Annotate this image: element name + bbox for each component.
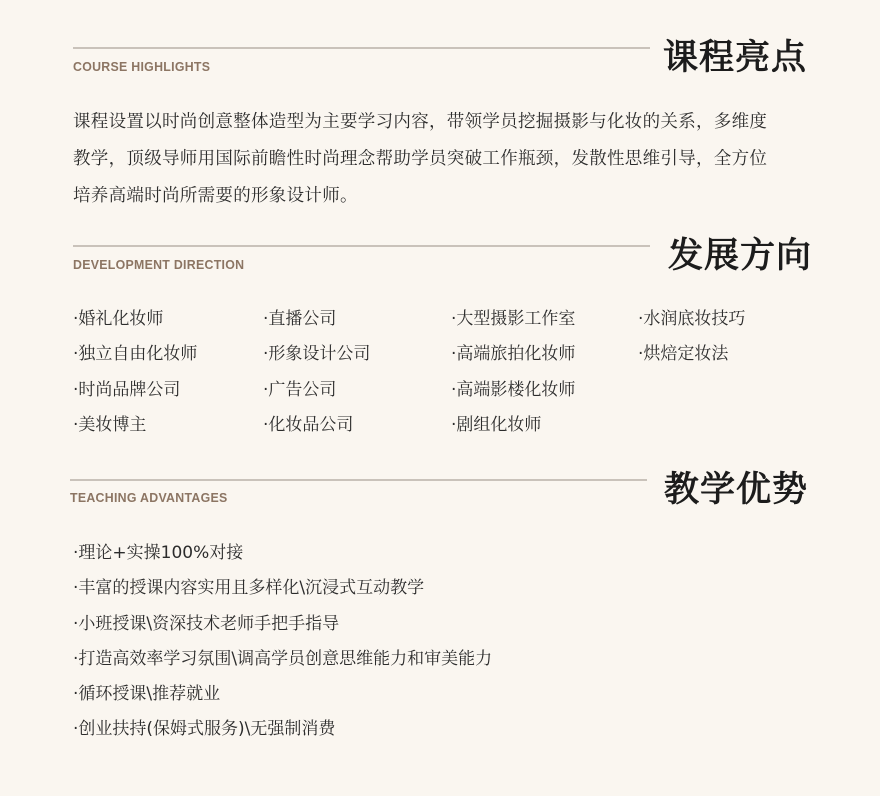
description-line: 课程设置以时尚创意整体造型为主要学习内容，带领学员挖掘摄影与化妆的关系，多维度 [73,104,813,141]
section-divider [73,245,650,247]
list-item: ·直播公司 [263,302,370,337]
section-title: 教学优势 [664,462,808,512]
list-item: ·创业扶持(保姆式服务)\无强制消费 [73,712,492,747]
list-item: ·独立自由化妆师 [73,337,197,372]
list-item: ·理论+实操100%对接 [73,536,492,571]
list-item: ·高端影楼化妆师 [451,373,575,408]
list-item: ·形象设计公司 [263,337,370,372]
section-divider [70,479,647,481]
direction-column: ·大型摄影工作室 ·高端旅拍化妆师 ·高端影楼化妆师 ·剧组化妆师 [451,302,575,443]
direction-column: ·水润底妆技巧 ·烘焙定妆法 [638,302,745,373]
list-item: ·剧组化妆师 [451,408,575,443]
direction-grid: ·婚礼化妆师 ·独立自由化妆师 ·时尚品牌公司 ·美妆博主 ·直播公司 ·形象设… [73,302,833,452]
advantages-list: ·理论+实操100%对接 ·丰富的授课内容实用且多样化\沉浸式互动教学 ·小班授… [73,536,492,748]
section-subtitle-en: DEVELOPMENT DIRECTION [73,257,244,272]
section-title: 发展方向 [668,228,812,278]
list-item: ·高端旅拍化妆师 [451,337,575,372]
list-item: ·水润底妆技巧 [638,302,745,337]
section-subtitle-en: TEACHING ADVANTAGES [70,490,228,505]
description-line: 教学，顶级导师用国际前瞻性时尚理念帮助学员突破工作瓶颈，发散性思维引导，全方位 [73,141,813,178]
list-item: ·大型摄影工作室 [451,302,575,337]
list-item: ·婚礼化妆师 [73,302,197,337]
direction-column: ·直播公司 ·形象设计公司 ·广告公司 ·化妆品公司 [263,302,370,443]
list-item: ·烘焙定妆法 [638,337,745,372]
list-item: ·小班授课\资深技术老师手把手指导 [73,607,492,642]
direction-column: ·婚礼化妆师 ·独立自由化妆师 ·时尚品牌公司 ·美妆博主 [73,302,197,443]
list-item: ·循环授课\推荐就业 [73,677,492,712]
list-item: ·化妆品公司 [263,408,370,443]
description-line: 培养高端时尚所需要的形象设计师。 [73,178,813,215]
section-divider [73,47,650,49]
list-item: ·广告公司 [263,373,370,408]
course-highlights-section: COURSE HIGHLIGHTS 课程亮点 课程设置以时尚创意整体造型为主要学… [0,0,880,215]
list-item: ·时尚品牌公司 [73,373,197,408]
section-subtitle-en: COURSE HIGHLIGHTS [73,59,210,74]
course-description: 课程设置以时尚创意整体造型为主要学习内容，带领学员挖掘摄影与化妆的关系，多维度 … [73,104,813,215]
list-item: ·打造高效率学习氛围\调高学员创意思维能力和审美能力 [73,642,492,677]
list-item: ·美妆博主 [73,408,197,443]
section-title: 课程亮点 [663,30,807,80]
list-item: ·丰富的授课内容实用且多样化\沉浸式互动教学 [73,571,492,606]
